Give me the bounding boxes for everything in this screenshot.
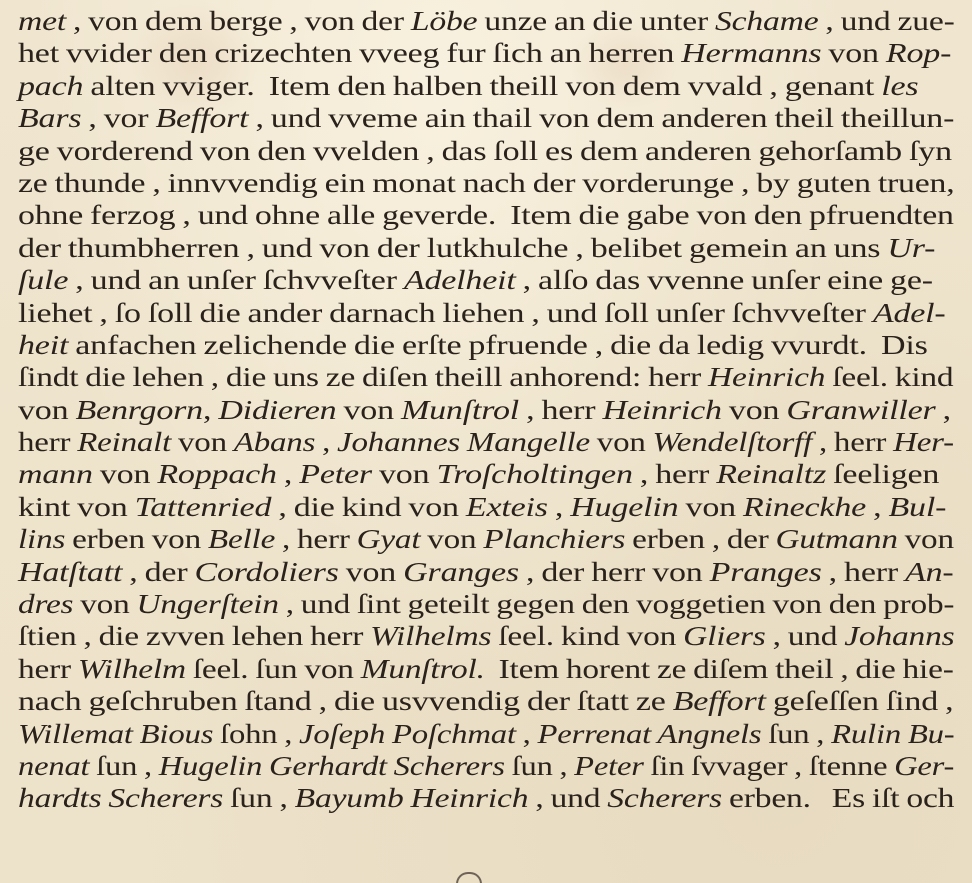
roman-text: ohne ferzog , und ohne alle geverde. Ite… [18,200,954,230]
italic-name-text: Granwiller [786,395,935,425]
roman-text: , [516,719,538,749]
roman-text: , und ſint geteilt gegen den voggetien v… [279,589,955,619]
roman-text: von [722,395,787,425]
roman-text: ſeeligen [826,459,939,489]
roman-text: , [315,427,337,457]
italic-name-text: Didieren [218,395,336,425]
roman-text: Item horent ze diſem theil , die hie- [485,654,954,684]
text-line: nenat ſun , Hugelin Gerhardt Scherers ſu… [18,750,954,782]
text-line: von Benrgorn, Didieren von Munſtrol , he… [18,394,954,426]
roman-text: von [372,459,437,489]
roman-text: von [898,524,954,554]
italic-name-text: hardts Scherers [18,783,223,813]
roman-text: herr [18,427,77,457]
italic-name-text: Heinrich [708,362,825,392]
italic-name-text: Pranges [710,557,822,587]
text-line: lins erben von Belle , herr Gyat von Pla… [18,523,954,555]
italic-name-text: Hatſtatt [18,557,122,587]
text-line: ſule , und an unſer ſchvveſter Adelheit … [18,264,954,296]
italic-name-text: pach [18,71,83,101]
roman-text: alten vviger. Item den halben theill von… [83,71,881,101]
text-line: ſtien , die zvven lehen herr Wilhelms ſe… [18,620,954,652]
roman-text: ſeel. kind von [491,621,683,651]
italic-name-text: dres [18,589,73,619]
italic-name-text: Peter [574,751,644,781]
roman-text: ſohn , [213,719,299,749]
roman-text: ſeel. ſun von [186,654,361,684]
italic-name-text: An- [905,557,954,587]
roman-text: , und zue- [818,6,954,36]
roman-text: , alſo das vvenne unſer eine ge- [516,265,933,295]
roman-text: von [336,395,401,425]
italic-name-text: Johannes Mangelle [337,427,590,457]
italic-name-text: Wilhelms [370,621,491,651]
italic-name-text: Heinrich [603,395,722,425]
roman-text: von [590,427,653,457]
roman-text: , vor [81,103,155,133]
roman-text: , herr [822,557,905,587]
text-line: heit anfachen zelichende die erſte pfrue… [18,329,954,361]
text-line: dres von Ungerſtein , und ſint geteilt g… [18,588,954,620]
text-line: der thumbherren , und von der lutkhulche… [18,232,954,264]
roman-text: von [73,589,136,619]
italic-name-text: Munſtrol [401,395,519,425]
roman-text: von [93,459,158,489]
roman-text: , herr [633,459,716,489]
italic-name-text: Bayumb Heinrich [295,783,529,813]
text-line: ge vorderend von den vvelden , das ſoll … [18,135,954,167]
text-line: herr Wilhelm ſeel. ſun von Munſtrol. Ite… [18,653,954,685]
next-line-glyph-fragment [456,872,482,883]
roman-text: von [821,38,886,68]
roman-text: ge vorderend von den vvelden , das ſoll … [18,136,952,166]
roman-text: , [277,459,299,489]
roman-text: ſeel. kind [825,362,953,392]
italic-name-text: Benrgorn [75,395,203,425]
roman-text: , [548,492,570,522]
italic-name-text: Ger- [894,751,954,781]
italic-name-text: Scherers [607,783,722,813]
roman-text: ſun , [223,783,294,813]
italic-name-text: Munſtrol. [361,654,485,684]
roman-text: liehet , ſo ſoll die ander darnach liehe… [18,298,873,328]
roman-text: erben von [65,524,208,554]
roman-text: ſtien , die zvven lehen herr [18,621,370,651]
italic-name-text: Ungerſtein [137,589,279,619]
italic-name-text: Cordoliers [195,557,339,587]
italic-name-text: Her- [893,427,954,457]
text-line: kint von Tattenried , die kind von Extei… [18,491,954,523]
italic-name-text: Adel- [873,298,946,328]
roman-text: von [18,395,75,425]
italic-name-text: Roppach [157,459,276,489]
scanned-book-page: met , von dem berge , von der Löbe unze … [0,0,972,883]
roman-text: ze thunde , innvvendig ein monat nach de… [18,168,955,198]
roman-text: von [339,557,404,587]
italic-name-text: heit [18,330,68,360]
roman-text: , und vveme ain thail von dem anderen th… [248,103,954,133]
roman-text: erben , der [625,524,775,554]
italic-name-text: Bars [18,103,81,133]
italic-name-text: Rulin Bu- [831,719,954,749]
roman-text: von [420,524,483,554]
text-line: herr Reinalt von Abans , Johannes Mangel… [18,426,954,458]
italic-name-text: lins [18,524,65,554]
italic-name-text: Gyat [357,524,421,554]
italic-name-text: Granges [403,557,519,587]
italic-name-text: Rop- [886,38,951,68]
italic-name-text: Rineckhe [743,492,866,522]
italic-name-text: Peter [299,459,372,489]
roman-text: geſeſſen ſind , [766,686,954,716]
italic-name-text: Johanns [844,621,954,651]
text-line: mann von Roppach , Peter von Troſcholtin… [18,458,954,490]
italic-name-text: Beffort [155,103,248,133]
roman-text: het vvider den crizechten vveeg fur ſich… [18,38,681,68]
roman-text: ſin ſvvager , ſtenne [644,751,894,781]
roman-text: , [203,395,218,425]
text-line: nach geſchruben ſtand , die usvvendig de… [18,685,954,717]
roman-text: , von dem berge , von der [66,6,411,36]
text-line: Bars , vor Beffort , und vveme ain thail… [18,102,954,134]
text-line: liehet , ſo ſoll die ander darnach liehe… [18,297,954,329]
text-line: ſindt die lehen , die uns ze diſen theil… [18,361,954,393]
text-line: hardts Scherers ſun , Bayumb Heinrich , … [18,782,954,814]
italic-name-text: Abans [234,427,316,457]
roman-text: anfachen zelichende die erſte pfruende ,… [68,330,927,360]
roman-text: ſun , [89,751,158,781]
italic-name-text: Hermanns [681,38,821,68]
italic-name-text: Gliers [683,621,766,651]
italic-name-text: Tattenried [135,492,272,522]
roman-text: kint von [18,492,135,522]
text-line: het vvider den crizechten vveeg fur ſich… [18,37,954,69]
italic-name-text: Troſcholtingen [436,459,632,489]
italic-name-text: Joſeph Poſchmat [299,719,516,749]
roman-text: , und [766,621,845,651]
italic-name-text: Ur- [887,233,935,263]
italic-name-text: Hugelin Gerhardt Scherers [159,751,505,781]
roman-text: , und an unſer ſchvveſter [68,265,404,295]
roman-text: , [936,395,951,425]
text-line: ze thunde , innvvendig ein monat nach de… [18,167,954,199]
italic-name-text: Planchiers [483,524,625,554]
roman-text: der thumbherren , und von der lutkhulche… [18,233,887,263]
italic-name-text: Exteis [466,492,548,522]
roman-text: , herr [812,427,893,457]
italic-name-text: Reinaltz [716,459,826,489]
italic-name-text: Hugelin [570,492,678,522]
italic-name-text: Gutmann [776,524,898,554]
italic-name-text: ſule [18,265,68,295]
roman-text: , der [122,557,194,587]
roman-text: von [171,427,234,457]
roman-text: ſun , [505,751,574,781]
text-line: ohne ferzog , und ohne alle geverde. Ite… [18,199,954,231]
italic-name-text: Reinalt [77,427,171,457]
italic-name-text: Perrenat Angnels [537,719,761,749]
text-line: met , von dem berge , von der Löbe unze … [18,5,954,37]
italic-name-text: Adelheit [404,265,516,295]
italic-name-text: Bul- [888,492,946,522]
roman-text: , [866,492,888,522]
roman-text: ſindt die lehen , die uns ze diſen theil… [18,362,708,392]
body-text: met , von dem berge , von der Löbe unze … [18,5,960,815]
roman-text: unze an die unter [477,6,715,36]
italic-name-text: Schame [715,6,818,36]
italic-name-text: Willemat Bious [18,719,213,749]
italic-name-text: Belle [208,524,275,554]
roman-text: , herr [275,524,356,554]
roman-text: , herr [519,395,602,425]
roman-text: , und [528,783,607,813]
roman-text: herr [18,654,78,684]
italic-name-text: met [18,6,66,36]
roman-text: von [678,492,743,522]
roman-text: erben. Es iſt och [722,783,954,813]
roman-text: , die kind von [271,492,466,522]
italic-name-text: Beffort [673,686,766,716]
roman-text: nach geſchruben ſtand , die usvvendig de… [18,686,673,716]
italic-name-text: mann [18,459,93,489]
text-line: Hatſtatt , der Cordoliers von Granges , … [18,556,954,588]
text-line: pach alten vviger. Item den halben theil… [18,70,954,102]
roman-text: ſun , [761,719,831,749]
italic-name-text: les [881,71,918,101]
italic-name-text: Löbe [411,6,478,36]
roman-text: , der herr von [519,557,710,587]
italic-name-text: nenat [18,751,89,781]
text-line: Willemat Bious ſohn , Joſeph Poſchmat , … [18,718,954,750]
italic-name-text: Wilhelm [78,654,186,684]
italic-name-text: Wendelſtorff [653,427,813,457]
